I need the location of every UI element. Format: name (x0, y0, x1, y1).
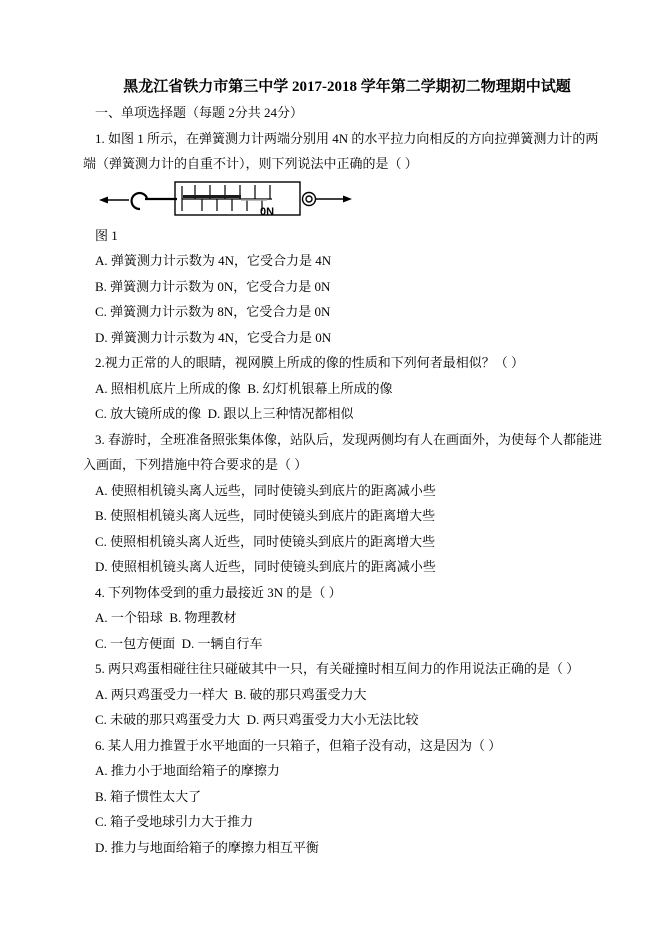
question-5-options-ab: A. 两只鸡蛋受力一样大 B. 破的那只鸡蛋受力大 (83, 682, 611, 708)
question-6-stem: 6. 某人用力推置于水平地面的一只箱子，但箱子没有动，这是因为（ ） (83, 733, 611, 759)
question-4-options-ab: A. 一个铅球 B. 物理教材 (83, 605, 611, 631)
question-6-option-c: C. 箱子受地球引力大于推力 (83, 809, 611, 835)
exam-document-page: 黑龙江省铁力市第三中学 2017-2018 学年第二学期初二物理期中试题 一、单… (0, 0, 661, 935)
left-force-arrow-icon (99, 196, 129, 203)
scale-reading-label: 0N (260, 206, 274, 218)
question-6-option-b: B. 箱子惯性太大了 (83, 784, 611, 810)
question-4-options-cd: C. 一包方便面 D. 一辆自行车 (83, 631, 611, 657)
question-6-option-a: A. 推力小于地面给箱子的摩擦力 (83, 758, 611, 784)
question-6-option-d: D. 推力与地面给箱子的摩擦力相互平衡 (83, 835, 611, 861)
question-3-option-c: C. 使照相机镜头离人近些，同时使镜头到底片的距离增大些 (83, 529, 611, 555)
question-5-options-cd: C. 未破的那只鸡蛋受力大 D. 两只鸡蛋受力大小无法比较 (83, 707, 611, 733)
question-4-stem: 4. 下列物体受到的重力最接近 3N 的是（ ） (83, 580, 611, 606)
question-1-option-c: C. 弹簧测力计示数为 8N，它受合力是 0N (83, 299, 611, 325)
question-1-option-a: A. 弹簧测力计示数为 4N，它受合力是 4N (83, 248, 611, 274)
question-3-stem-line-2: 入画面，下列措施中符合要求的是（ ） (83, 452, 611, 478)
question-3-stem-line-1: 3. 春游时，全班准备照张集体像，站队后，发现两侧均有人在画面外，为使每个人都能… (83, 427, 611, 453)
question-1-option-b: B. 弹簧测力计示数为 0N，它受合力是 0N (83, 274, 611, 300)
question-1-stem-line-1: 1. 如图 1 所示，在弹簧测力计两端分别用 4N 的水平拉力向相反的方向拉弹簧… (83, 126, 611, 152)
page-title: 黑龙江省铁力市第三中学 2017-2018 学年第二学期初二物理期中试题 (83, 74, 611, 100)
right-force-arrow-icon (316, 195, 352, 202)
document-content: 黑龙江省铁力市第三中学 2017-2018 学年第二学期初二物理期中试题 一、单… (0, 0, 661, 860)
spring-dynamometer-figure: 0N (83, 177, 611, 223)
hook-icon (132, 193, 147, 209)
question-1-option-d: D. 弹簧测力计示数为 4N，它受合力是 0N (83, 325, 611, 351)
question-3-option-a: A. 使照相机镜头离人远些，同时使镜头到底片的距离减小些 (83, 478, 611, 504)
section-heading: 一、单项选择题（每题 2分共 24分） (83, 100, 611, 126)
question-2-stem: 2.视力正常的人的眼睛，视网膜上所成的像的性质和下列何者最相似？（ ） (83, 350, 611, 376)
question-5-stem: 5. 两只鸡蛋相碰往往只碰破其中一只，有关碰撞时相互间力的作用说法正确的是（ ） (83, 656, 611, 682)
ring-icon (303, 192, 316, 205)
question-3-option-b: B. 使照相机镜头离人远些，同时使镜头到底片的距离增大些 (83, 503, 611, 529)
question-1-stem-line-2: 端（弹簧测力计的自重不计），则下列说法中正确的是（ ） (83, 151, 611, 177)
spring-dynamometer-svg: 0N (95, 177, 355, 223)
question-2-options-ab: A. 照相机底片上所成的像 B. 幻灯机银幕上所成的像 (83, 376, 611, 402)
question-3-option-d: D. 使照相机镜头离人近些，同时使镜头到底片的距离减小些 (83, 554, 611, 580)
question-2-options-cd: C. 放大镜所成的像 D. 跟以上三种情况都相似 (83, 401, 611, 427)
figure-caption: 图 1 (83, 223, 611, 249)
